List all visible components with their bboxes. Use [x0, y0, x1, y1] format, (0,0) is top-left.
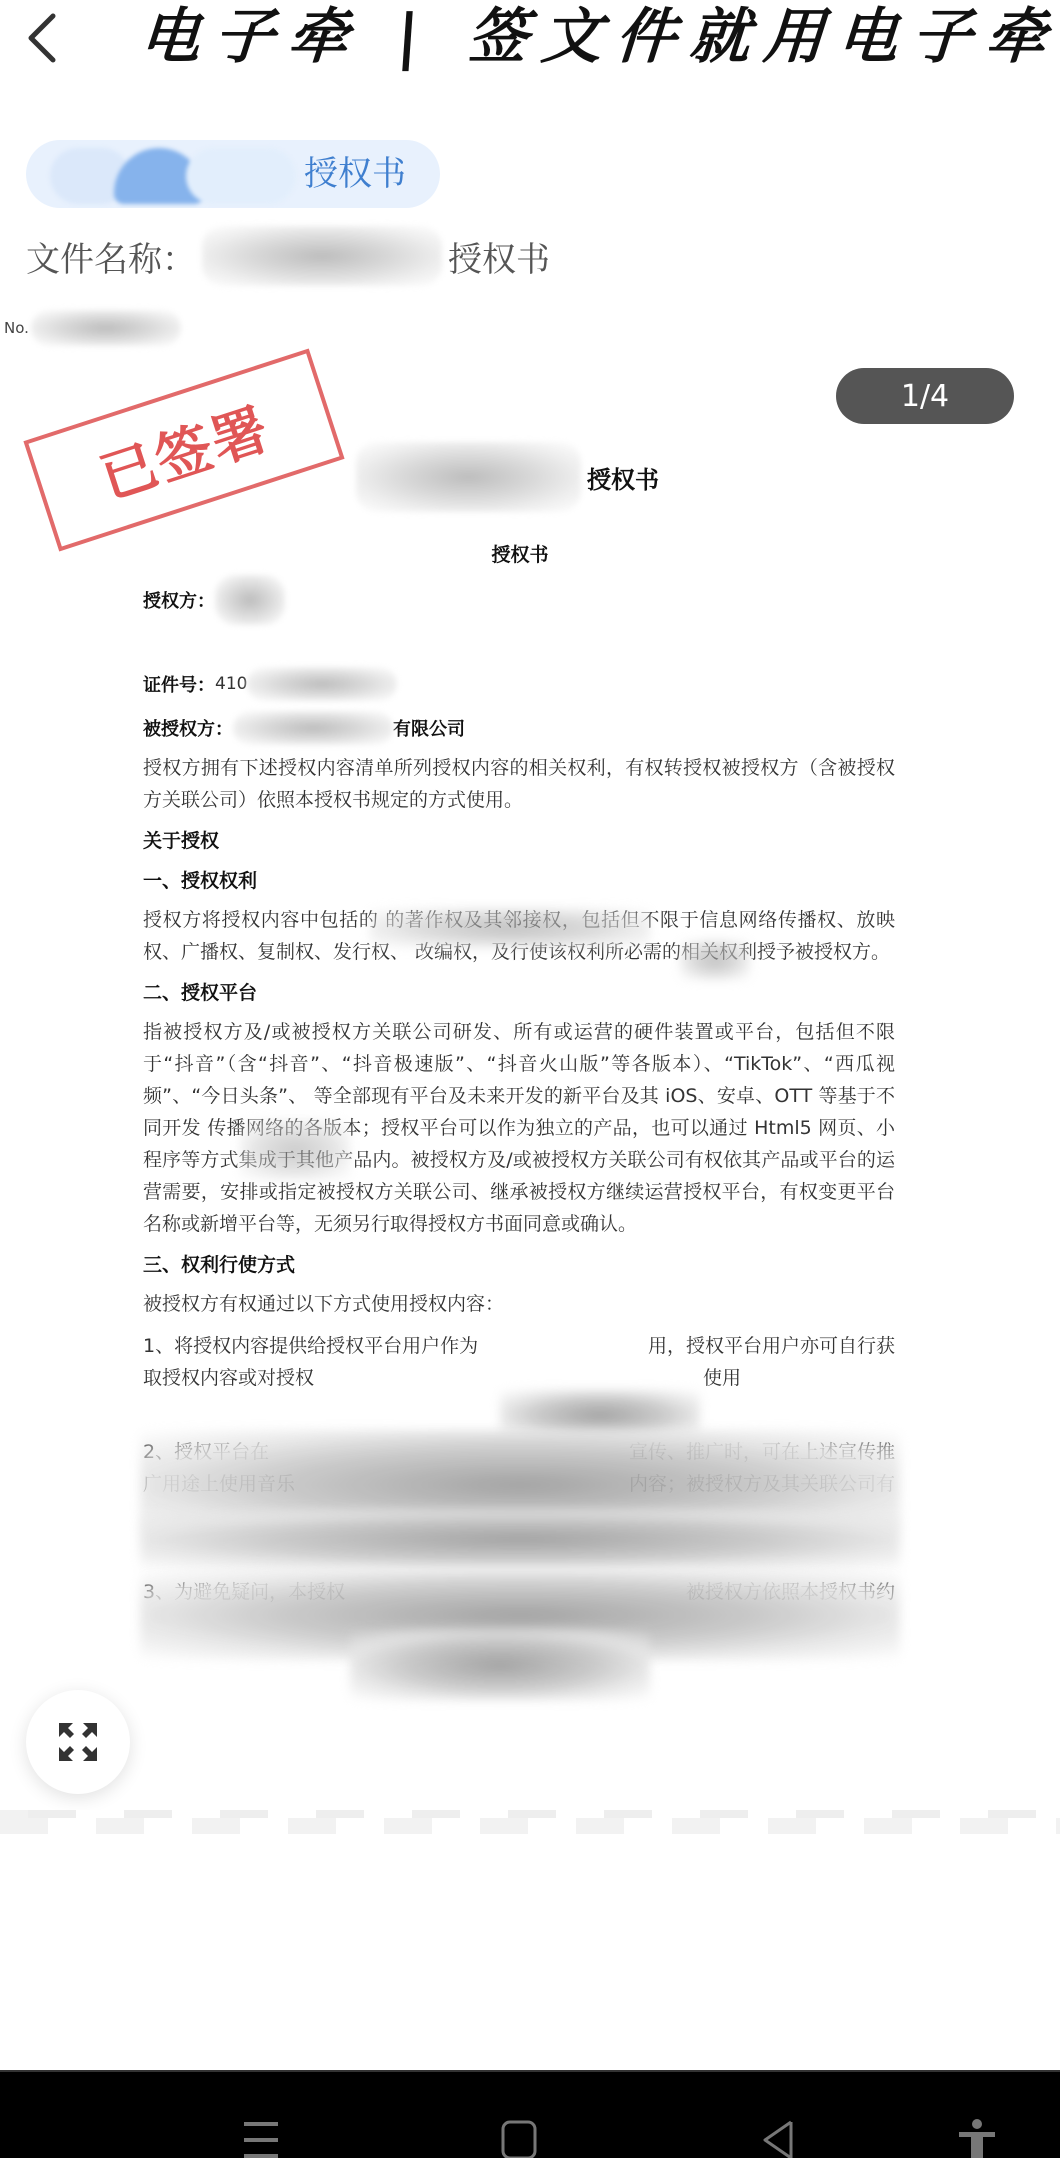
home-button[interactable]	[494, 2118, 544, 2158]
item-1-start: 1、将授权内容提供给授权平台用户作为	[143, 1330, 478, 1362]
page-edge-divider	[28, 1810, 1060, 1818]
document-heading-row: 授权书	[356, 442, 659, 512]
document-type-chip: 授权书	[26, 140, 440, 208]
section-2-title: 二、授权平台	[143, 978, 895, 1008]
id-number-visible: 410	[215, 674, 247, 694]
document-number: No.	[4, 310, 181, 346]
grantor-field: 授权方：	[143, 584, 285, 616]
redacted-area	[240, 1120, 350, 1180]
redacted-area	[186, 148, 296, 204]
app-header: 电子牵 | 签文件就用电子牵	[0, 0, 1060, 80]
grantee-label: 被授权方：	[143, 715, 233, 741]
expand-icon	[55, 1719, 101, 1765]
section-1-title: 一、授权权利	[143, 866, 895, 896]
back-nav-button[interactable]	[752, 2118, 802, 2158]
redacted-area	[680, 940, 750, 980]
document-subtitle: 授权书	[0, 540, 1040, 567]
grantee-field: 被授权方： 有限公司	[143, 712, 465, 744]
redacted-area	[140, 1510, 900, 1570]
accessibility-icon	[957, 2118, 997, 2158]
grantee-visible: 有限公司	[393, 715, 465, 741]
item-1-line2-end: 使用	[703, 1362, 741, 1394]
about-title: 关于授权	[143, 826, 895, 856]
app-title-banner: 电子牵 | 签文件就用电子牵	[138, 2, 1060, 72]
recents-button[interactable]	[236, 2118, 286, 2158]
triangle-back-icon	[757, 2118, 797, 2158]
redacted-grantor	[215, 575, 285, 625]
accessibility-button[interactable]	[952, 2118, 1002, 2158]
redacted-file-name	[202, 226, 442, 286]
menu-lines-icon	[242, 2118, 280, 2158]
document-page[interactable]: 授权书 授权书 授权方： 证件号： 410 被授权方： 有限公司 授权方拥有下述…	[0, 430, 1060, 1830]
redacted-id-number	[247, 667, 397, 701]
back-button[interactable]	[22, 10, 62, 66]
section-3-title: 三、权利行使方式	[143, 1250, 895, 1280]
redacted-grantee	[233, 711, 393, 745]
intro-paragraph: 授权方拥有下述授权内容清单所列授权内容的相关权利，有权转授权被授权方（含被授权方…	[143, 752, 895, 816]
grantor-label: 授权方：	[143, 587, 215, 613]
redacted-area	[370, 908, 650, 948]
redacted-area	[350, 1630, 650, 1700]
document-type-label: 授权书	[304, 152, 406, 196]
fullscreen-button[interactable]	[26, 1690, 130, 1794]
redacted-heading-prefix	[356, 442, 581, 512]
file-name-row: 文件名称： 授权书	[26, 228, 550, 284]
system-navigation-bar	[0, 2070, 1060, 2158]
section-3-intro: 被授权方有权通过以下方式使用授权内容：	[143, 1288, 895, 1320]
item-1-end: 用，授权平台用户亦可自行获	[648, 1330, 895, 1362]
page-counter: 1/4	[836, 368, 1014, 424]
id-number-label: 证件号：	[143, 671, 215, 697]
file-name-suffix: 授权书	[448, 232, 550, 281]
square-home-icon	[499, 2118, 539, 2158]
document-number-prefix: No.	[4, 319, 29, 337]
file-name-label: 文件名称：	[26, 232, 196, 281]
document-heading: 授权书	[587, 460, 659, 495]
item-1-line2-start: 取授权内容或对授权	[143, 1362, 314, 1394]
redacted-document-number	[31, 310, 181, 346]
id-number-field: 证件号： 410	[143, 668, 397, 700]
chevron-left-icon	[25, 12, 59, 64]
